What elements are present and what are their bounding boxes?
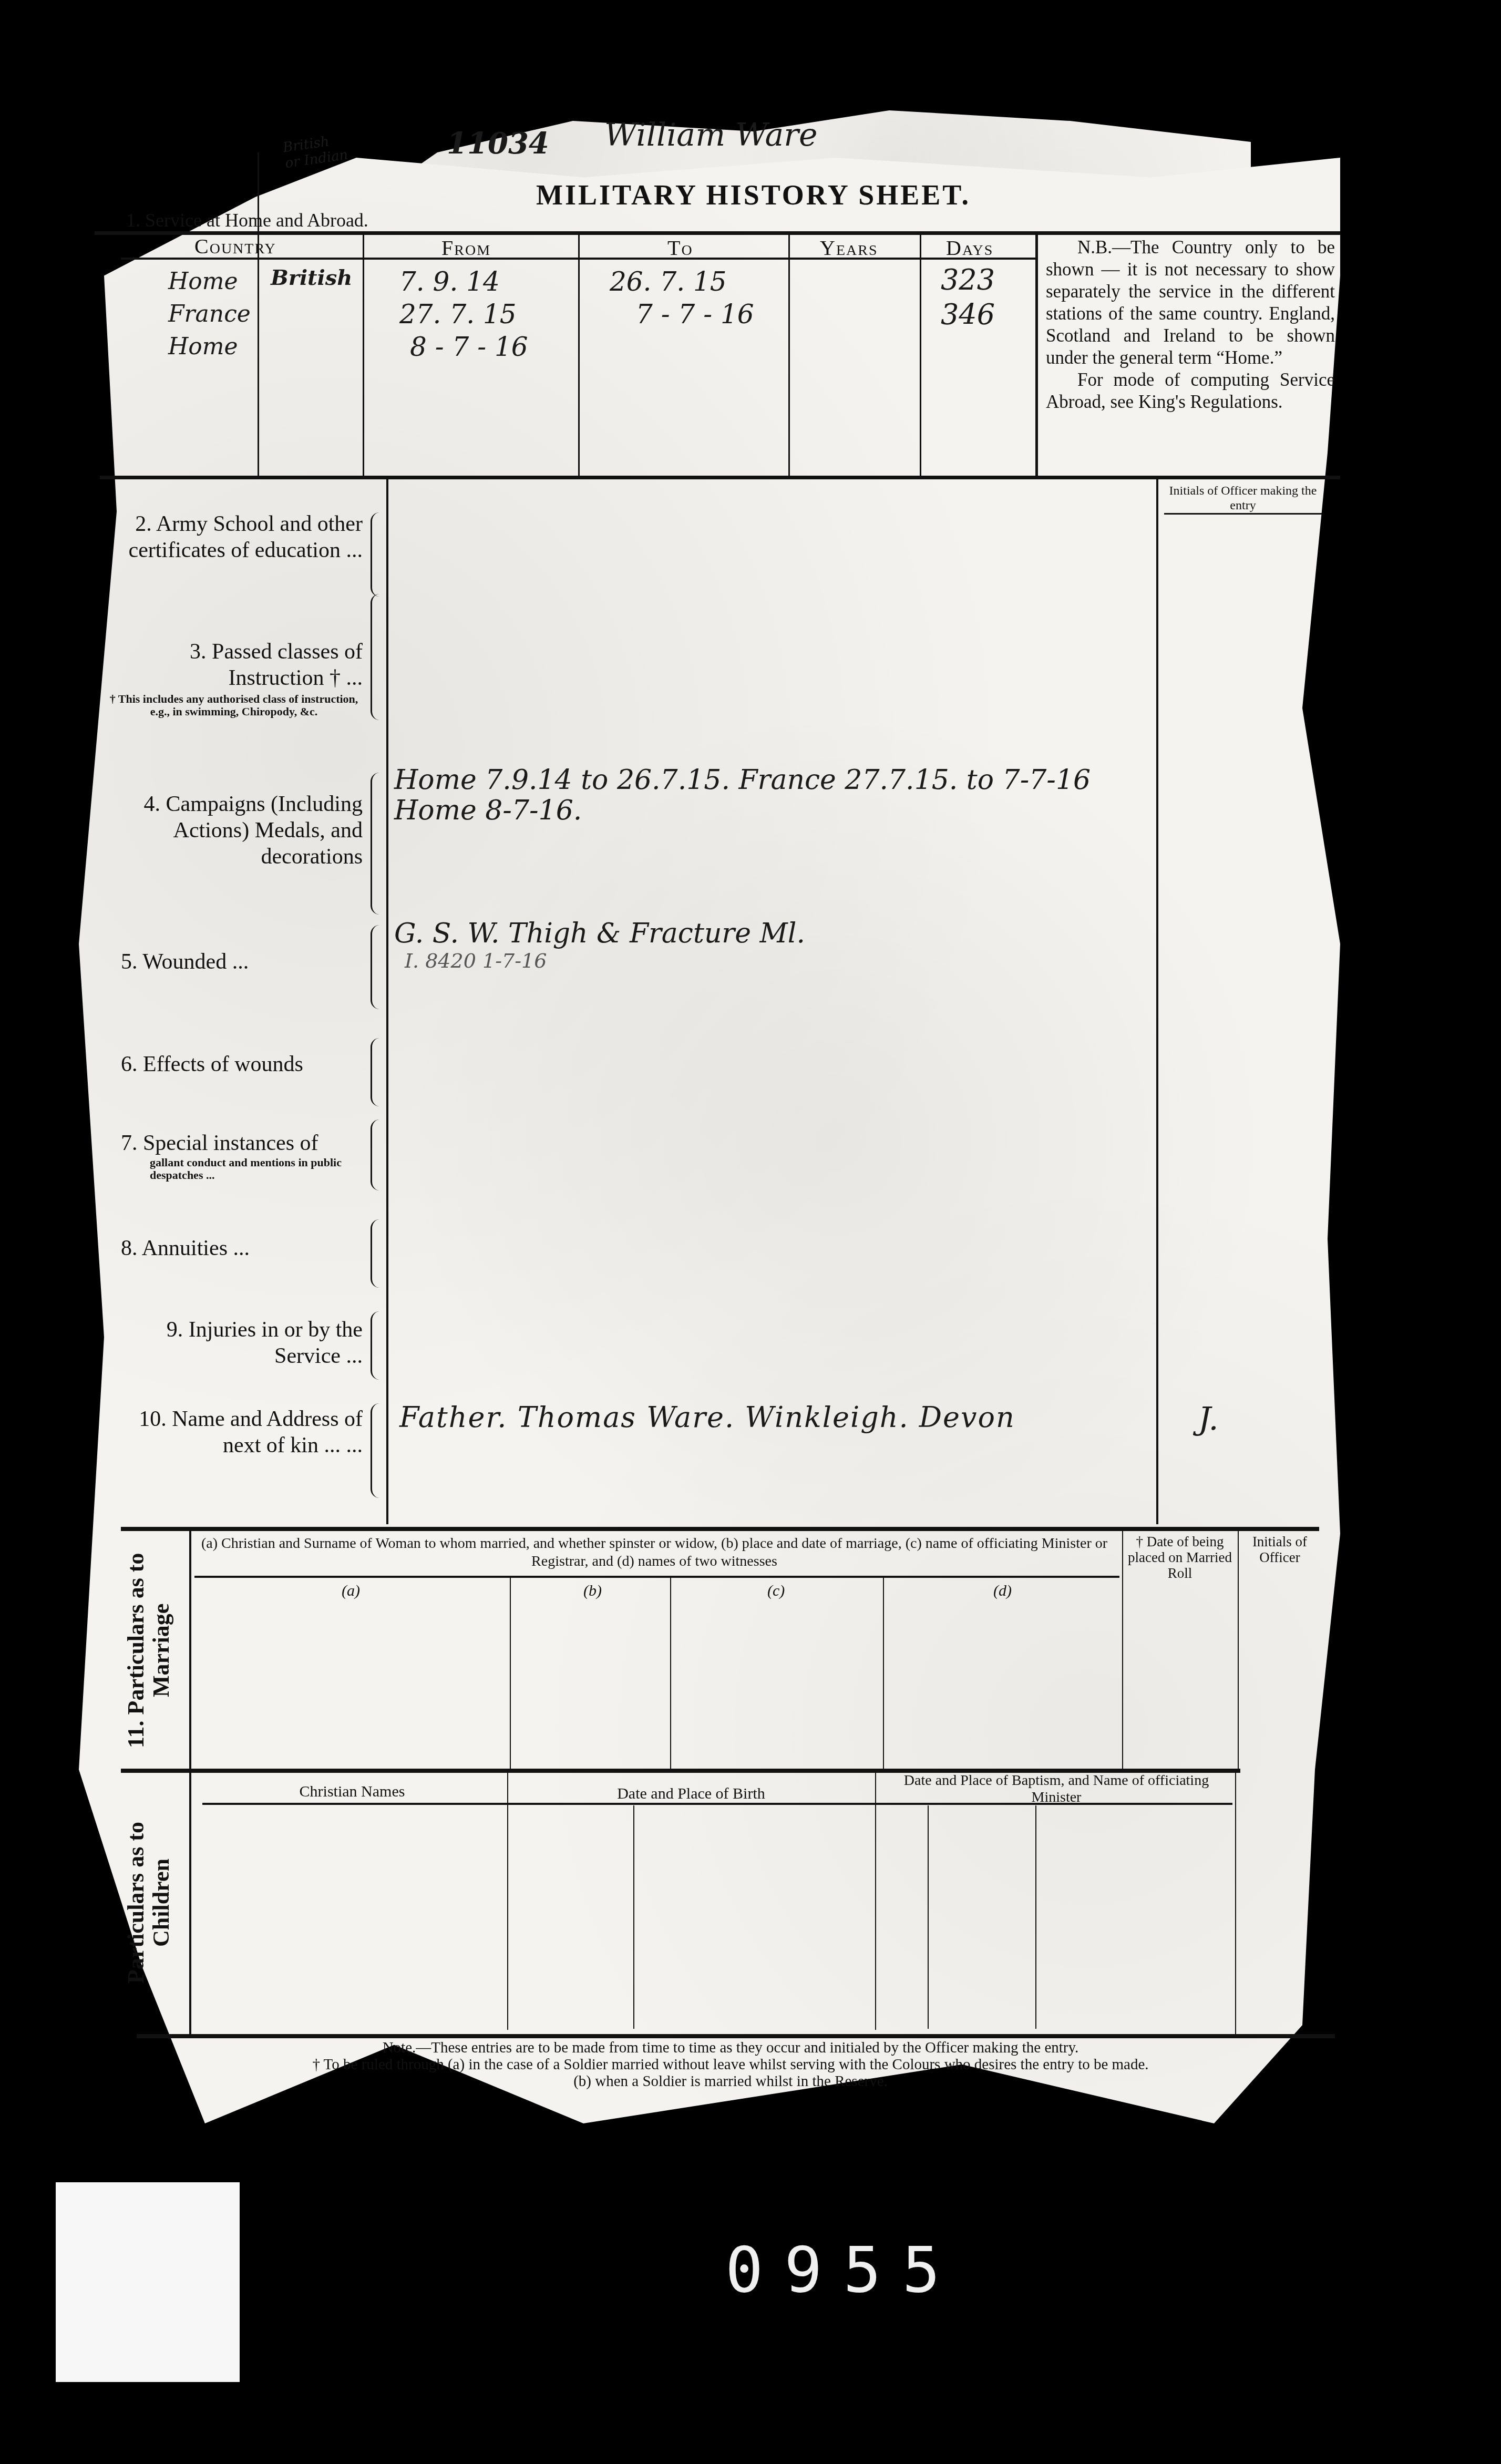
section-5-label: 5. Wounded ... <box>121 949 363 975</box>
section-8-label: 8. Annuities ... <box>121 1235 363 1261</box>
column-rule <box>1238 1531 1239 1772</box>
column-rule <box>670 1577 671 1771</box>
divider <box>95 231 1340 235</box>
service-to-cell: 26. 7. 15 7 - 7 - 16 <box>610 265 754 331</box>
column-rule <box>189 1529 191 1771</box>
section-7-label: 7. Special instances of <box>121 1130 363 1156</box>
footer-note-line: Note.—These entries are to be made from … <box>152 2039 1309 2056</box>
col-country: Country <box>194 234 276 259</box>
days-value: 323 <box>941 263 995 297</box>
section-number: 5. <box>121 950 138 974</box>
brace <box>371 773 379 915</box>
section-label-text: Name and Address of next of kin ... ... <box>172 1407 363 1457</box>
country-value: Home <box>168 331 251 363</box>
column-rule <box>386 478 388 1524</box>
column-rule <box>875 1772 876 2030</box>
section-number: 9. <box>167 1318 183 1342</box>
days-value: 346 <box>941 297 995 332</box>
marriage-col-a: (a) <box>342 1582 360 1600</box>
section-9-label: 9. Injuries in or by the Service ... <box>121 1317 363 1369</box>
column-rule <box>883 1577 884 1771</box>
section-2-label: 2. Army School and other certificates of… <box>121 511 363 563</box>
from-value: 8 - 7 - 16 <box>399 331 528 363</box>
column-rule <box>633 1805 634 2029</box>
children-col-baptism: Date and Place of Baptism, and Name of o… <box>878 1772 1235 1806</box>
nb-note: N.B.—The Country only to be shown — it i… <box>1046 237 1335 413</box>
section-label-text: Wounded ... <box>142 950 249 974</box>
calibration-card <box>56 2182 240 2382</box>
brace <box>371 512 379 597</box>
column-rule <box>510 1577 511 1771</box>
from-value: 27. 7. 15 <box>399 298 528 331</box>
section-label-text: Special instances of <box>143 1131 318 1155</box>
section-number: 8. <box>121 1236 138 1260</box>
section-4-label: 4. Campaigns (Including Actions) Medals,… <box>121 791 363 870</box>
entry-line: I. 8420 1-7-16 <box>394 947 805 974</box>
service-days-cell: 323 346 <box>941 263 995 332</box>
section-label-text: Army School and other certificates of ed… <box>129 512 363 562</box>
section-1-label: 1. Service at Home and Abroad. <box>126 209 368 231</box>
section-label-text: Campaigns (Including Actions) Medals, an… <box>166 792 363 869</box>
section-5-entry: G. S. W. Thigh & Fracture Ml. I. 8420 1-… <box>394 920 805 974</box>
section-number: 4. <box>144 792 161 816</box>
section-7-footnote: gallant conduct and mentions in public d… <box>150 1156 360 1182</box>
service-country-cell: Home France Home <box>168 265 251 363</box>
column-rule <box>1156 478 1158 1524</box>
marriage-side-label: 11. Particulars as to Marriage <box>124 1540 181 1761</box>
column-rule <box>1035 1805 1036 2029</box>
footer-note: Note.—These entries are to be made from … <box>152 2039 1309 2090</box>
children-col-names: Christian Names <box>200 1775 505 1801</box>
col-days: Days <box>946 235 993 260</box>
british-or-indian-value: British <box>271 265 352 290</box>
section-number: 2. <box>135 512 152 536</box>
marriage-col-c: (c) <box>767 1582 785 1600</box>
section-number: 6. <box>121 1052 138 1076</box>
page-title: MILITARY HISTORY SHEET. <box>536 179 971 211</box>
col-from: From <box>441 235 491 260</box>
section-10-label: 10. Name and Address of next of kin ... … <box>121 1406 363 1459</box>
section-label-text: Effects of wounds <box>143 1052 303 1076</box>
to-value: 7 - 7 - 16 <box>610 298 754 331</box>
divider <box>121 1527 1319 1531</box>
section-number: 3. <box>190 640 207 664</box>
section-number: 10. <box>139 1407 167 1431</box>
section-label-text: Passed classes of Instruction † ... <box>212 640 363 690</box>
column-rule <box>189 1771 191 2034</box>
country-value: France <box>168 298 251 331</box>
children-col-birth: Date and Place of Birth <box>510 1775 872 1803</box>
entry-line: Home 8-7-16. <box>394 795 1091 826</box>
col-years: Years <box>820 235 878 260</box>
from-value: 7. 9. 14 <box>399 265 528 298</box>
section-label-text: Annuities ... <box>142 1236 250 1260</box>
section-3-label: 3. Passed classes of Instruction † ... <box>121 639 363 691</box>
section-10-entry: Father. Thomas Ware. Winkleigh. Devon <box>399 1401 1015 1434</box>
marriage-initials-header: Initials of Officer <box>1240 1534 1319 1565</box>
column-rule <box>928 1805 929 2029</box>
footer-note-line: (b) when a Soldier is married whilst in … <box>152 2073 1309 2090</box>
entry-line: Home 7.9.14 to 26.7.15. France 27.7.15. … <box>394 765 1091 795</box>
brace <box>371 1219 379 1288</box>
brace <box>371 594 379 720</box>
country-value: Home <box>168 265 251 298</box>
section-6-label: 6. Effects of wounds <box>121 1051 363 1077</box>
column-rule <box>1122 1531 1123 1772</box>
section-label-text: Injuries in or by the Service ... <box>189 1318 363 1368</box>
column-rule <box>1035 234 1038 478</box>
nb-note-text-2: For mode of computing Service Abroad, se… <box>1046 369 1335 413</box>
section-number: 7. <box>121 1131 138 1155</box>
brace <box>371 925 379 1009</box>
footer-note-line: † To be ruled through (a) in the case of… <box>152 2056 1309 2073</box>
marriage-header: (a) Christian and Surname of Woman to wh… <box>200 1535 1109 1570</box>
brace <box>371 1403 379 1498</box>
column-rule <box>363 234 364 478</box>
col-to: To <box>667 235 693 260</box>
to-value: 26. 7. 15 <box>610 265 754 298</box>
brace <box>371 1038 379 1106</box>
divider <box>194 1576 1119 1578</box>
column-rule <box>258 152 259 478</box>
marriage-col-b: (b) <box>583 1582 602 1600</box>
column-rule <box>788 234 790 478</box>
column-rule <box>578 234 580 478</box>
divider <box>100 476 1340 479</box>
regimental-number: 11034 <box>447 126 549 161</box>
nb-note-text: N.B.—The Country only to be shown — it i… <box>1046 237 1335 369</box>
section-10-initials: J. <box>1198 1401 1218 1438</box>
column-rule <box>920 234 921 478</box>
section-3-footnote: † This includes any authorised class of … <box>108 693 360 718</box>
brace <box>371 1120 379 1190</box>
divider <box>202 1803 1232 1805</box>
divider <box>137 2034 1335 2038</box>
soldier-name: William Ware <box>604 117 818 153</box>
children-side-label: Particulars as to Children <box>124 1798 181 2008</box>
initials-header: Initials of Officer making the entry <box>1164 484 1322 515</box>
section-4-entry: Home 7.9.14 to 26.7.15. France 27.7.15. … <box>394 765 1091 826</box>
marriage-col-d: (d) <box>993 1582 1012 1600</box>
brace <box>371 1311 379 1380</box>
column-rule <box>1235 1772 1236 2035</box>
frame-number: 0955 <box>725 2234 961 2307</box>
service-from-cell: 7. 9. 14 27. 7. 15 8 - 7 - 16 <box>399 265 528 363</box>
column-rule <box>507 1772 508 2030</box>
married-roll-header: † Date of being placed on Married Roll <box>1125 1534 1235 1581</box>
entry-line: G. S. W. Thigh & Fracture Ml. <box>394 920 805 947</box>
